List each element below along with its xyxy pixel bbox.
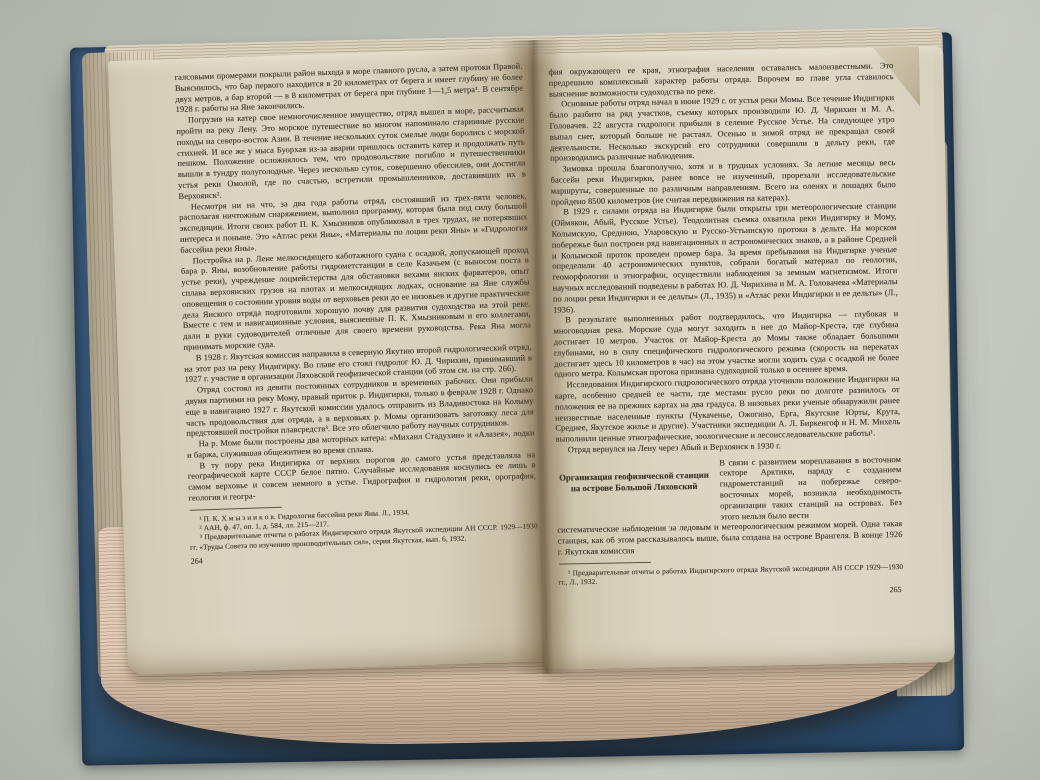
paragraph: В 1929 г. силами отряда на Индигирке был…	[551, 201, 898, 316]
section-continuation: систематические наблюдения за ледовым и …	[557, 519, 903, 558]
paragraph: Постройка на р. Лене мелкосидящего кабот…	[180, 245, 531, 354]
right-page-text: фия окружающего ее края, этнография насе…	[548, 61, 903, 601]
section-two-column: Организация геофизической станции на ост…	[556, 455, 902, 526]
right-page: фия окружающего ее края, этнография насе…	[533, 46, 955, 670]
footnote-rule	[559, 562, 651, 565]
footnote: ¹ Предварительные отчеты о работах Индиг…	[558, 562, 903, 587]
photo-open-book: галсовыми промерами покрыли район выхода…	[0, 0, 1040, 780]
paragraph: Исследования Индигирского гидрологическо…	[554, 374, 900, 445]
footnote-rule	[190, 507, 282, 511]
paragraph: Зимовка прошла благополучно, хотя и в тр…	[550, 158, 896, 208]
section-column-text: В связи с развитием мореплавания в восто…	[719, 455, 902, 523]
left-page: галсовыми промерами покрыли район выхода…	[108, 47, 554, 675]
paragraph: В результате выполненных работ подтверди…	[553, 309, 899, 380]
page-number-right: 265	[558, 585, 903, 601]
left-page-text: галсовыми промерами покрыли район выхода…	[174, 61, 538, 565]
paragraph: Погрузив на катер свое немногочисленное …	[176, 105, 527, 203]
section-heading: Организация геофизической станции на ост…	[556, 458, 720, 526]
paragraph: Основные работы отряд начал в июне 1929 …	[549, 93, 895, 164]
